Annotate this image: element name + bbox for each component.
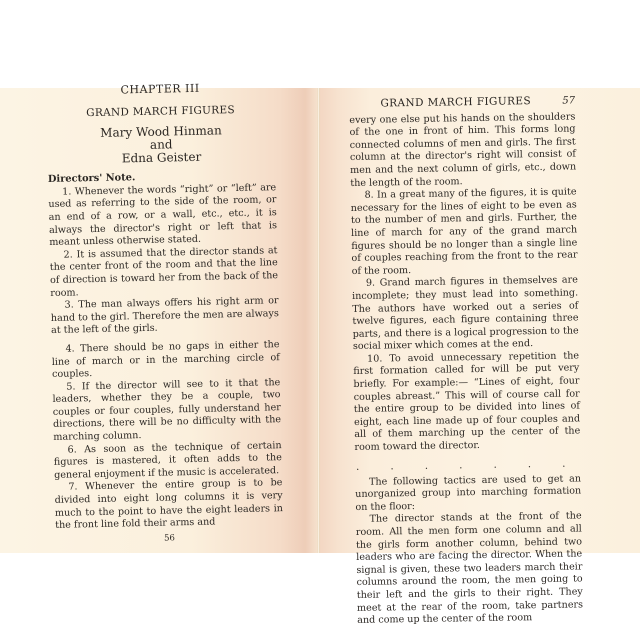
left-page-content: CHAPTER III GRAND MARCH FIGURES Mary Woo… <box>46 81 284 547</box>
paragraph: 9. Grand march figures in themselves are… <box>352 275 579 354</box>
paragraph: every one else put his hands on the shou… <box>349 111 576 190</box>
paragraph: 2. It is assumed that the director stand… <box>49 245 278 300</box>
paragraph: 8. In a great many of the figures, it is… <box>350 187 577 279</box>
chapter-title: GRAND MARCH FIGURES <box>46 103 274 120</box>
paragraph: 5. If the director will see to it that t… <box>52 377 281 445</box>
right-page-content: GRAND MARCH FIGURES 57 every one else pu… <box>349 94 583 627</box>
paragraph: 7. Whenever the entire group is to be di… <box>54 478 283 533</box>
paragraph: 6. As soon as the technique of certain f… <box>54 440 283 483</box>
page-number: 57 <box>562 95 575 108</box>
chapter-heading: CHAPTER III <box>46 81 274 98</box>
running-head-title: GRAND MARCH FIGURES <box>349 95 562 111</box>
paragraph: 1. Whenever the words “right” or “left” … <box>48 182 277 250</box>
paragraph: The following tactics are used to get an… <box>355 473 582 514</box>
paragraph: 3. The man always offers his right arm o… <box>50 295 279 338</box>
section-separator: . . . . . . . <box>355 457 581 475</box>
book-spine <box>317 88 320 553</box>
running-head: GRAND MARCH FIGURES 57 <box>349 94 575 111</box>
paragraph: 10. To avoid unnecessary repetition the … <box>353 350 581 454</box>
paragraph: 4. There should be no gaps in either the… <box>51 339 280 382</box>
paragraph: The director stands at the front of the … <box>356 511 584 628</box>
